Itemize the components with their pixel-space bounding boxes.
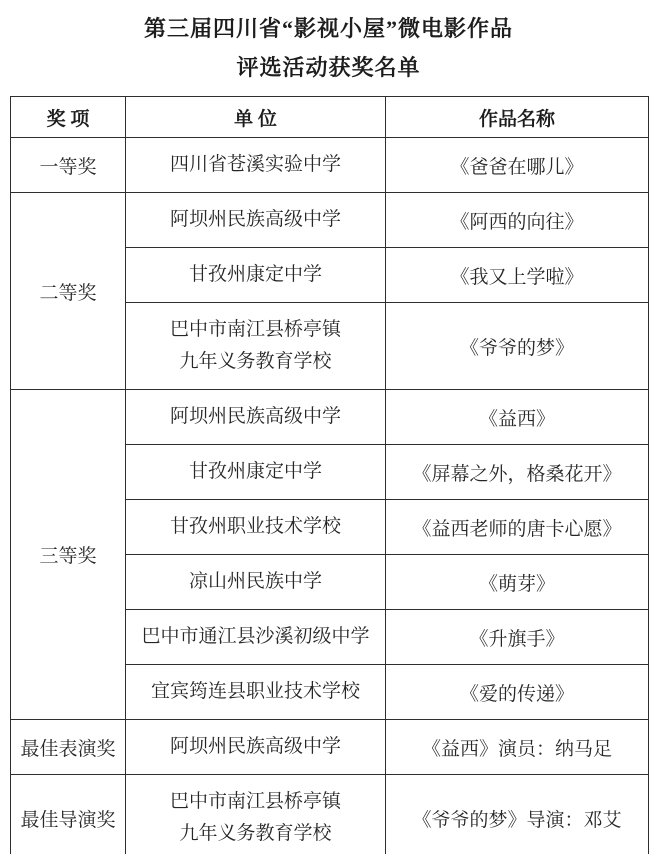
work-cell: 《阿西的向往》	[386, 193, 649, 248]
table-row: 三等奖 阿坝州民族高级中学 《益西》	[11, 390, 649, 445]
unit-cell: 巴中市南江县桥亭镇 九年义务教育学校	[126, 303, 386, 390]
unit-cell: 阿坝州民族高级中学	[126, 390, 386, 445]
table-header-row: 奖 项 单 位 作品名称	[11, 97, 649, 138]
unit-cell: 宜宾筠连县职业技术学校	[126, 665, 386, 720]
header-cell-award: 奖 项	[11, 97, 126, 138]
award-group-cell: 一等奖	[11, 138, 126, 193]
award-winners-table: 奖 项 单 位 作品名称 一等奖 四川省苍溪实验中学 《爸爸在哪儿》 二等奖 阿…	[10, 96, 649, 854]
document-title: 第三届四川省“影视小屋”微电影作品 评选活动获奖名单	[0, 0, 657, 79]
table-row: 一等奖 四川省苍溪实验中学 《爸爸在哪儿》	[11, 138, 649, 193]
unit-cell: 四川省苍溪实验中学	[126, 138, 386, 193]
table-row: 二等奖 阿坝州民族高级中学 《阿西的向往》	[11, 193, 649, 248]
unit-cell: 甘孜州康定中学	[126, 445, 386, 500]
work-cell: 《我又上学啦》	[386, 248, 649, 303]
table-row: 最佳导演奖 巴中市南江县桥亭镇 九年义务教育学校 《爷爷的梦》导演：邓艾	[11, 775, 649, 854]
work-cell: 《爸爸在哪儿》	[386, 138, 649, 193]
award-group-cell: 三等奖	[11, 390, 126, 720]
unit-cell: 甘孜州康定中学	[126, 248, 386, 303]
unit-cell: 甘孜州职业技术学校	[126, 500, 386, 555]
header-cell-unit: 单 位	[126, 97, 386, 138]
unit-cell: 凉山州民族中学	[126, 555, 386, 610]
unit-cell: 阿坝州民族高级中学	[126, 720, 386, 775]
award-group-cell: 最佳导演奖	[11, 775, 126, 854]
page-title-line1: 第三届四川省“影视小屋”微电影作品	[0, 18, 657, 40]
work-cell: 《屏幕之外，格桑花开》	[386, 445, 649, 500]
work-cell: 《益西》演员：纳马足	[386, 720, 649, 775]
award-group-cell: 二等奖	[11, 193, 126, 390]
header-cell-work: 作品名称	[386, 97, 649, 138]
work-cell: 《益西老师的唐卡心愿》	[386, 500, 649, 555]
table-row: 最佳表演奖 阿坝州民族高级中学 《益西》演员：纳马足	[11, 720, 649, 775]
work-cell: 《爱的传递》	[386, 665, 649, 720]
work-cell: 《爷爷的梦》	[386, 303, 649, 390]
unit-cell: 阿坝州民族高级中学	[126, 193, 386, 248]
unit-cell: 巴中市南江县桥亭镇 九年义务教育学校	[126, 775, 386, 854]
work-cell: 《益西》	[386, 390, 649, 445]
work-cell: 《升旗手》	[386, 610, 649, 665]
work-cell: 《萌芽》	[386, 555, 649, 610]
page-title-line2: 评选活动获奖名单	[0, 57, 657, 79]
work-cell: 《爷爷的梦》导演：邓艾	[386, 775, 649, 854]
award-group-cell: 最佳表演奖	[11, 720, 126, 775]
unit-cell: 巴中市通江县沙溪初级中学	[126, 610, 386, 665]
